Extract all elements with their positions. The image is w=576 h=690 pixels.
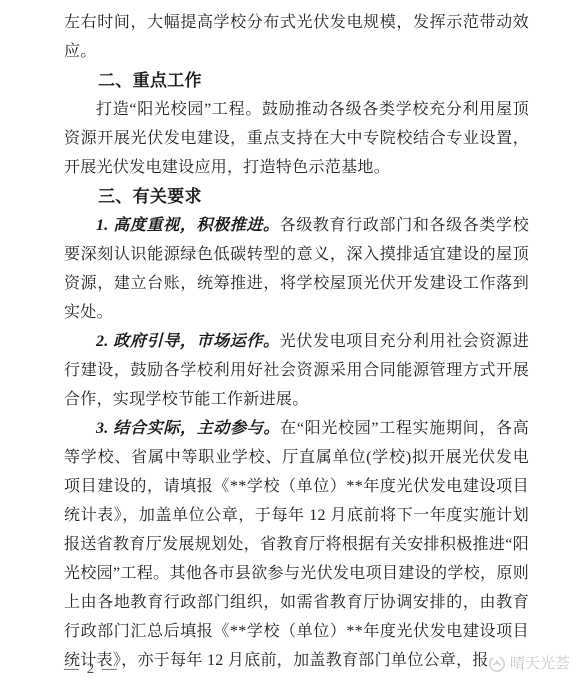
- paragraph-continuation: 左右时间，大幅提高学校分布式光伏发电规模，发挥示范带动效应。: [64, 8, 529, 66]
- paragraph-sunny-campus-project: 打造“阳光校园”工程。鼓励推动各级各类学校充分利用屋顶资源开展光伏发电建设，重点…: [64, 95, 529, 182]
- sun-swirl-logo-icon: [488, 655, 506, 673]
- section-heading-key-work: 二、重点工作: [64, 66, 529, 95]
- document-page: 左右时间，大幅提高学校分布式光伏发电规模，发挥示范带动效应。 二、重点工作 打造…: [0, 0, 576, 690]
- watermark-text: 晴天光荟: [510, 654, 570, 674]
- paragraph-item-2: 2. 政府引导，市场运作。光伏发电项目充分利用社会资源进行建设，鼓励各学校利用好…: [64, 327, 529, 414]
- paragraph-item-3: 3. 结合实际，主动参与。在“阳光校园”工程实施期间，各高等学校、省属中等职业学…: [64, 414, 529, 675]
- page-number: — 2 —: [64, 660, 119, 678]
- paragraph-item-1: 1. 高度重视，积极推进。各级教育行政部门和各级各类学校要深刻认识能源绿色低碳转…: [64, 211, 529, 327]
- section-heading-requirements: 三、有关要求: [64, 182, 529, 211]
- item-3-body-text: 在“阳光校园”工程实施期间，各高等学校、省属中等职业学校、厅直属单位(学校)拟开…: [64, 420, 529, 669]
- watermark: 晴天光荟: [488, 654, 570, 674]
- item-2-lead-phrase: 2. 政府引导，市场运作。: [96, 333, 280, 350]
- item-1-lead-phrase: 1. 高度重视，积极推进。: [96, 217, 280, 234]
- item-3-lead-phrase: 3. 结合实际，主动参与。: [96, 420, 280, 437]
- document-body: 左右时间，大幅提高学校分布式光伏发电规模，发挥示范带动效应。 二、重点工作 打造…: [64, 8, 529, 675]
